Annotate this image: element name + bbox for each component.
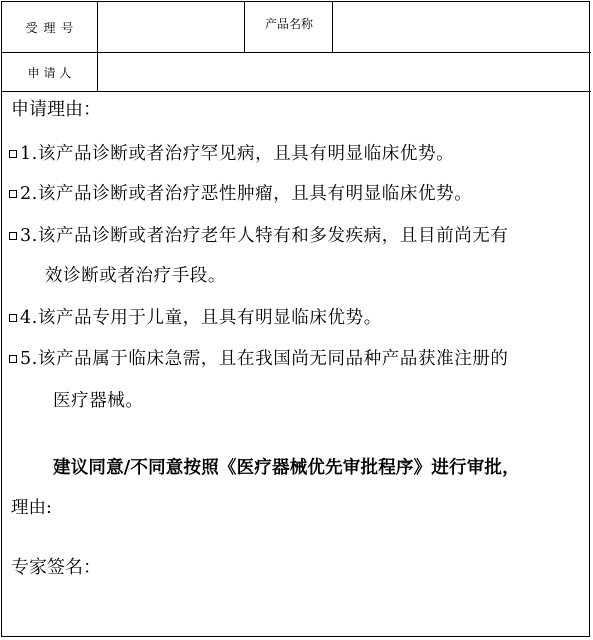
row-divider-1 bbox=[1, 52, 591, 53]
product-name-label: 产品名称 bbox=[246, 2, 332, 44]
reason-text: 4.该产品专用于儿童，且具有明显临床优势。 bbox=[20, 308, 382, 328]
acceptance-no-label: 受 理 号 bbox=[2, 2, 97, 52]
product-name-field[interactable] bbox=[334, 2, 590, 52]
checkbox-icon[interactable] bbox=[9, 355, 17, 363]
reasons-title: 申请理由： bbox=[11, 95, 101, 121]
reason-item-4: 4.该产品专用于儿童，且具有明显临床优势。 bbox=[9, 304, 382, 329]
reason-item-3: 3.该产品诊断或者治疗老年人特有和多发疾病，且目前尚无有 bbox=[9, 222, 509, 247]
col-divider-product-label-right bbox=[332, 1, 333, 53]
expert-signature-field[interactable] bbox=[110, 548, 580, 588]
reason-text: 5.该产品属于临床急需，且在我国尚无同品种产品获准注册的 bbox=[20, 349, 509, 369]
reason-item-5-continuation: 医疗器械。 bbox=[53, 387, 144, 412]
reason-item-2: 2.该产品诊断或者治疗恶性肿瘤，且具有明显临床优势。 bbox=[9, 180, 472, 205]
reason-item-3-continuation: 效诊断或者治疗手段。 bbox=[45, 262, 226, 287]
checkbox-icon[interactable] bbox=[9, 190, 17, 198]
expert-signature-label: 专家签名： bbox=[11, 553, 101, 579]
checkbox-icon[interactable] bbox=[9, 314, 17, 322]
reason-item-5: 5.该产品属于临床急需，且在我国尚无同品种产品获准注册的 bbox=[9, 345, 509, 370]
reason-item-1: 1.该产品诊断或者治疗罕见病，且具有明显临床优势。 bbox=[9, 140, 454, 165]
opinion-reason-field[interactable] bbox=[60, 490, 580, 530]
reason-text: 3.该产品诊断或者治疗老年人特有和多发疾病，且目前尚无有 bbox=[20, 226, 509, 246]
applicant-field[interactable] bbox=[99, 54, 590, 91]
col-divider-label bbox=[97, 1, 98, 92]
checkbox-icon[interactable] bbox=[9, 150, 17, 158]
row-divider-2 bbox=[1, 91, 591, 92]
opinion-reason-label: 理由: bbox=[11, 494, 52, 519]
opinion-statement: 建议同意/不同意按照《医疗器械优先审批程序》进行审批， bbox=[53, 454, 520, 479]
acceptance-no-field[interactable] bbox=[99, 2, 244, 52]
reason-text: 1.该产品诊断或者治疗罕见病，且具有明显临床优势。 bbox=[20, 144, 454, 164]
checkbox-icon[interactable] bbox=[9, 232, 17, 240]
applicant-label: 申 请 人 bbox=[2, 54, 97, 91]
col-divider-product-label-left bbox=[244, 1, 245, 53]
reason-text: 2.该产品诊断或者治疗恶性肿瘤，且具有明显临床优势。 bbox=[20, 184, 472, 204]
